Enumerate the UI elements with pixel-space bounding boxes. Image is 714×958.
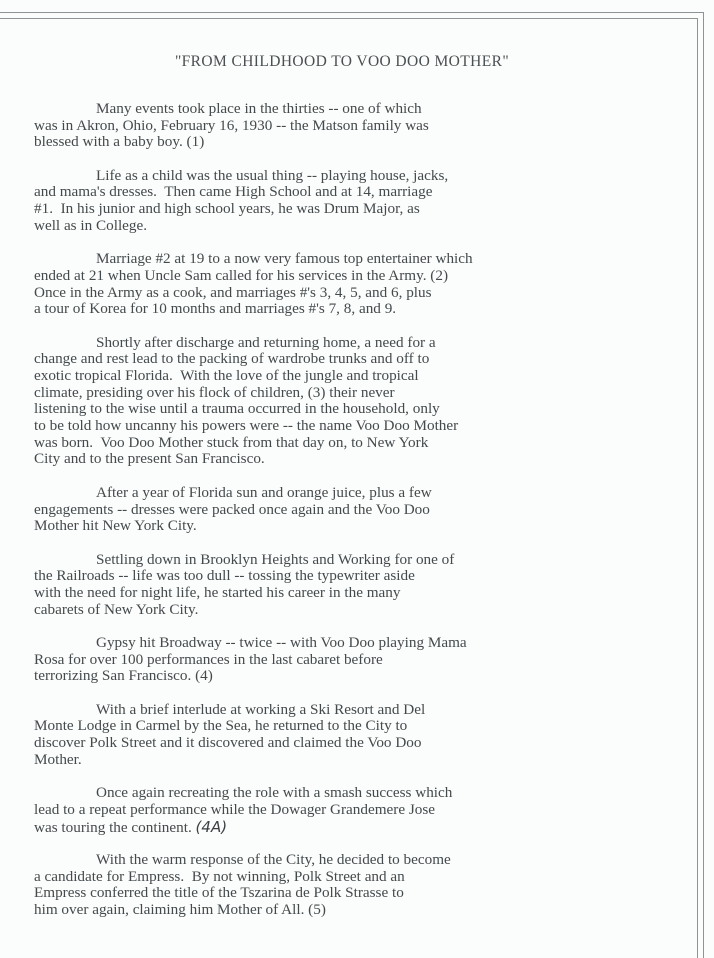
paragraph: With a brief interlude at working a Ski …	[34, 702, 674, 769]
text-line: ended at 21 when Uncle Sam called for hi…	[34, 268, 674, 285]
paragraph: After a year of Florida sun and orange j…	[34, 485, 674, 535]
text-line: listening to the wise until a trauma occ…	[34, 401, 674, 418]
paragraph: Gypsy hit Broadway -- twice -- with Voo …	[34, 635, 674, 685]
text-line: was born. Voo Doo Mother stuck from that…	[34, 435, 674, 452]
text-line: With a brief interlude at working a Ski …	[34, 702, 674, 719]
text-line: was in Akron, Ohio, February 16, 1930 --…	[34, 118, 674, 135]
text-line: Life as a child was the usual thing -- p…	[34, 168, 674, 185]
paragraph: With the warm response of the City, he d…	[34, 852, 674, 919]
text-line: him over again, claiming him Mother of A…	[34, 902, 674, 919]
paragraph: Once again recreating the role with a sm…	[34, 785, 674, 835]
text-line: Settling down in Brooklyn Heights and Wo…	[34, 552, 674, 569]
text-line: Empress conferred the title of the Tszar…	[34, 885, 674, 902]
text-line: Mother hit New York City.	[34, 518, 674, 535]
line-text: was touring the continent.	[34, 819, 196, 836]
text-line: climate, presiding over his flock of chi…	[34, 385, 674, 402]
text-line: lead to a repeat performance while the D…	[34, 802, 674, 819]
paragraph: Settling down in Brooklyn Heights and Wo…	[34, 552, 674, 619]
text-line: Gypsy hit Broadway -- twice -- with Voo …	[34, 635, 674, 652]
document-title: "FROM CHILDHOOD TO VOO DOO MOTHER"	[0, 53, 684, 71]
text-line: City and to the present San Francisco.	[34, 451, 674, 468]
text-line: a candidate for Empress. By not winning,…	[34, 869, 674, 886]
right-border-outer	[703, 12, 704, 958]
text-line: to be told how uncanny his powers were -…	[34, 418, 674, 435]
text-line: #1. In his junior and high school years,…	[34, 201, 674, 218]
text-line: blessed with a baby boy. (1)	[34, 134, 674, 151]
text-line: Many events took place in the thirties -…	[34, 101, 674, 118]
top-border-outer	[0, 12, 703, 13]
paragraph: Many events took place in the thirties -…	[34, 101, 674, 151]
text-line: cabarets of New York City.	[34, 602, 674, 619]
text-line: and mama's dresses. Then came High Schoo…	[34, 184, 674, 201]
text-line: exotic tropical Florida. With the love o…	[34, 368, 674, 385]
text-line: was touring the continent. (4A)	[34, 819, 674, 836]
document-page: "FROM CHILDHOOD TO VOO DOO MOTHER" Many …	[0, 0, 714, 958]
text-line: well as in College.	[34, 218, 674, 235]
text-line: Mother.	[34, 752, 674, 769]
text-line: discover Polk Street and it discovered a…	[34, 735, 674, 752]
paragraph: Life as a child was the usual thing -- p…	[34, 168, 674, 235]
text-line: change and rest lead to the packing of w…	[34, 351, 674, 368]
text-line: the Railroads -- life was too dull -- to…	[34, 568, 674, 585]
text-line: With the warm response of the City, he d…	[34, 852, 674, 869]
text-line: Once again recreating the role with a sm…	[34, 785, 674, 802]
text-line: Once in the Army as a cook, and marriage…	[34, 285, 674, 302]
text-line: engagements -- dresses were packed once …	[34, 502, 674, 519]
right-border-inner	[697, 18, 698, 958]
paragraph: Marriage #2 at 19 to a now very famous t…	[34, 251, 674, 318]
text-line: with the need for night life, he started…	[34, 585, 674, 602]
text-line: After a year of Florida sun and orange j…	[34, 485, 674, 502]
text-line: Monte Lodge in Carmel by the Sea, he ret…	[34, 718, 674, 735]
text-line: Marriage #2 at 19 to a now very famous t…	[34, 251, 674, 268]
text-line: a tour of Korea for 10 months and marria…	[34, 301, 674, 318]
handwritten-note: (4A)	[196, 818, 228, 836]
text-line: Rosa for over 100 performances in the la…	[34, 652, 674, 669]
text-line: terrorizing San Francisco. (4)	[34, 668, 674, 685]
text-line: Shortly after discharge and returning ho…	[34, 335, 674, 352]
document-body: Many events took place in the thirties -…	[34, 101, 674, 935]
paragraph: Shortly after discharge and returning ho…	[34, 335, 674, 469]
top-border-inner	[0, 18, 697, 19]
